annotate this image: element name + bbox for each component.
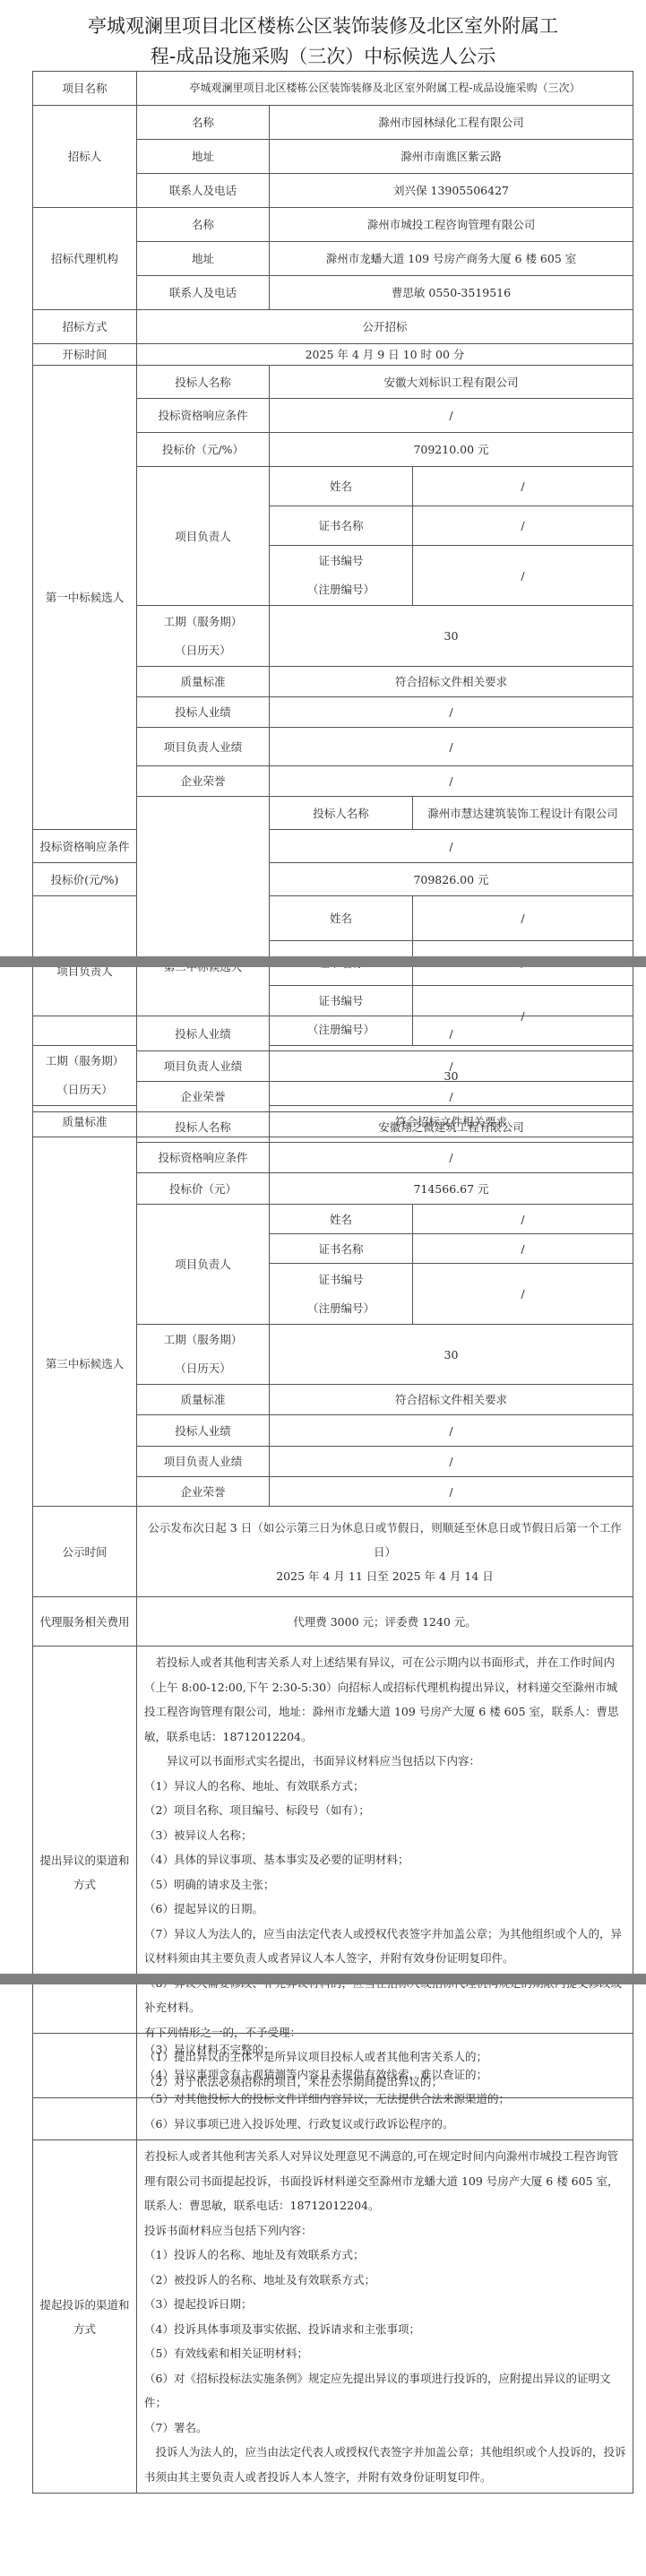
complaint-closing: 投诉人为法人的，应当由法定代表人或授权代表签字并加盖公章；其他组织或个人投诉的，…	[144, 2440, 627, 2489]
row-opening-time: 开标时间 2025 年 4 月 9 日 10 时 00 分	[33, 344, 633, 366]
announcement-table-page-2: 投标人业绩 / 项目负责人业绩 / 企业荣誉 / 第三中标候选人 投标人名称 安…	[32, 1016, 633, 2098]
value-c3-cert-no: /	[413, 1264, 633, 1325]
row-c2-price: 投标价(元/%) 709826.00 元	[33, 863, 633, 896]
value-c1-price: 709210.00 元	[270, 433, 633, 467]
value-fees: 代理费 3000 元；评委费 1240 元。	[137, 1597, 633, 1647]
label-candidate-1: 第一中标候选人	[33, 366, 137, 830]
complaint-item: （5）有效线索和相关证明材料；	[144, 2341, 627, 2366]
value-c2-bidder-name: 滁州市慧达建筑装饰工程设计有限公司	[413, 797, 633, 830]
objection-item: （1）异议人的名称、地址、有效联系方式；	[144, 1774, 627, 1799]
value-c1-period: 30	[270, 606, 633, 667]
value-method: 公开招标	[137, 310, 633, 344]
label-opening-time: 开标时间	[33, 344, 137, 366]
value-c2-price: 709826.00 元	[270, 863, 633, 896]
label-publicity: 公示时间	[33, 1507, 137, 1597]
value-objection: 若投标人或者其他利害关系人对上述结果有异议，可在公示期内以书面形式，并在工作时间…	[137, 1647, 633, 2098]
label-period-line-2: （日历天）	[140, 636, 266, 665]
value-agency-name: 滁州市城投工程咨询管理有限公司	[270, 208, 633, 242]
row-fees: 代理服务相关费用 代理费 3000 元；评委费 1240 元。	[33, 1597, 633, 1647]
value-c3-quality: 符合招标文件相关要求	[270, 1385, 633, 1415]
label-cert-no: 证书编号 （注册编号）	[270, 546, 413, 606]
value-agency-contact: 曹思敏 0550-3519516	[270, 276, 633, 310]
label-period: 工期（服务期） （日历天）	[137, 606, 270, 667]
value-c1-manager-perf: /	[270, 728, 633, 766]
complaint-item: （2）被投诉人的名称、地址及有效联系方式；	[144, 2268, 627, 2293]
label-project-name: 项目名称	[33, 72, 137, 106]
value-c3-bidder-name: 安徽翔之微建筑工程有限公司	[270, 1112, 633, 1143]
value-objection-cont: （3）异议材料不完整的； （4）异议事项含有主观猜测等内容且未提供有效线索、难以…	[137, 2034, 633, 2140]
value-c2-qualification: /	[270, 830, 633, 863]
label-period-line-1: 工期（服务期）	[140, 608, 266, 636]
row-agency-name: 招标代理机构 名称 滁州市城投工程咨询管理有限公司	[33, 208, 633, 242]
label-period: 工期（服务期） （日历天）	[137, 1325, 270, 1385]
row-tenderer-name: 招标人 名称 滁州市园林绿化工程有限公司	[33, 106, 633, 140]
label-cert-no-line-1: 证书编号	[272, 987, 409, 1016]
value-publicity: 公示发布次日起 3 日（如公示第三日为休息日或节假日，则顺延至休息日或节假日后第…	[137, 1507, 633, 1597]
row-objection: 提出异议的渠道和方式 若投标人或者其他利害关系人对上述结果有异议，可在公示期内以…	[33, 1647, 633, 2098]
value-c1-quality: 符合招标文件相关要求	[270, 667, 633, 697]
value-c3-price: 714566.67 元	[270, 1173, 633, 1205]
page-break-1	[0, 956, 646, 967]
label-honor: 企业荣誉	[137, 1082, 270, 1112]
label-cert-no: 证书编号 （注册编号）	[270, 1264, 413, 1325]
label-quality: 质量标准	[137, 667, 270, 697]
label-bidder-perf: 投标人业绩	[137, 697, 270, 728]
label-bidder-perf: 投标人业绩	[137, 1016, 270, 1051]
value-complaint: 若投标人或者其他利害关系人对异议处理意见不满意的,可在规定时间内向滁州市城投工程…	[137, 2140, 633, 2494]
value-c2-manager-perf: /	[270, 1051, 633, 1082]
label-manager-perf: 项目负责人业绩	[137, 728, 270, 766]
row-c2-qualification: 投标资格响应条件 /	[33, 830, 633, 863]
value-tenderer-contact: 刘兴保 13905506427	[270, 174, 633, 208]
complaint-item: （1）投诉人的名称、地址及有效联系方式；	[144, 2243, 627, 2268]
value-c1-bidder-perf: /	[270, 697, 633, 728]
label-period-line-2: （日历天）	[140, 1354, 266, 1383]
value-c1-person-name: /	[413, 467, 633, 506]
page-break-2	[0, 1974, 646, 1984]
label-bidder-name: 投标人名称	[137, 366, 270, 399]
label-candidate-2-cont	[33, 1016, 137, 1112]
label-tenderer-contact: 联系人及电话	[137, 174, 270, 208]
label-cert-name: 证书名称	[270, 506, 413, 546]
label-c3-price: 投标价（元）	[137, 1173, 270, 1205]
complaint-item: （6）对《招标投标法实施条例》规定应先提出异议的事项进行投诉的，应附提出异议的证…	[144, 2366, 627, 2416]
value-c1-bidder-name: 安徽大刘标识工程有限公司	[270, 366, 633, 399]
label-honor: 企业荣誉	[137, 1477, 270, 1507]
label-candidate-3: 第三中标候选人	[33, 1112, 137, 1507]
row-publicity: 公示时间 公示发布次日起 3 日（如公示第三日为休息日或节假日，则顺延至休息日或…	[33, 1507, 633, 1597]
complaint-intro: 若投标人或者其他利害关系人对异议处理意见不满意的,可在规定时间内向滁州市城投工程…	[144, 2144, 627, 2218]
label-c2-price: 投标价(元/%)	[33, 863, 137, 896]
announcement-table-page-1: 项目名称 亭城观澜里项目北区楼栋公区装饰装修及北区室外附属工程-成品设施采购（三…	[32, 71, 633, 1137]
value-c3-cert-name: /	[413, 1234, 633, 1264]
objection-item: （5）明确的请求及主张；	[144, 1872, 627, 1897]
label-objection: 提出异议的渠道和方式	[33, 1647, 137, 2098]
value-c1-honor: /	[270, 766, 633, 797]
objection-content-intro: 异议可以书面形式实名提出，书面异议材料应当包括以下内容：	[144, 1749, 627, 1774]
title-line-1: 亭城观澜里项目北区楼栋公区装饰装修及北区室外附属工	[0, 11, 646, 41]
objection-reject-item: （3）异议材料不完整的；	[144, 2037, 627, 2062]
label-qualification: 投标资格响应条件	[137, 1143, 270, 1173]
value-c3-period: 30	[270, 1325, 633, 1385]
objection-reject-item: （6）异议事项已进入投诉处理、行政复议或行政诉讼程序的。	[144, 2112, 627, 2137]
label-tenderer-address: 地址	[137, 140, 270, 174]
value-c2-bidder-perf: /	[270, 1016, 633, 1051]
value-opening-time: 2025 年 4 月 9 日 10 时 00 分	[137, 344, 633, 366]
row-c1-bidder-name: 第一中标候选人 投标人名称 安徽大刘标识工程有限公司	[33, 366, 633, 399]
label-period-line-1: 工期（服务期）	[140, 1326, 266, 1354]
label-agency-name: 名称	[137, 208, 270, 242]
complaint-item: （7）署名。	[144, 2416, 627, 2441]
label-honor: 企业荣誉	[137, 766, 270, 797]
page-title: 亭城观澜里项目北区楼栋公区装饰装修及北区室外附属工 程-成品设施采购（三次）中标…	[0, 11, 646, 72]
value-c2-honor: /	[270, 1082, 633, 1112]
label-agency: 招标代理机构	[33, 208, 137, 310]
label-objection-cont	[33, 2034, 137, 2140]
label-manager: 项目负责人	[137, 1205, 270, 1325]
label-manager: 项目负责人	[137, 467, 270, 606]
label-tenderer: 招标人	[33, 106, 137, 208]
value-project-name: 亭城观澜里项目北区楼栋公区装饰装修及北区室外附属工程-成品设施采购（三次）	[137, 72, 633, 106]
row-c3-bidder-name: 第三中标候选人 投标人名称 安徽翔之微建筑工程有限公司	[33, 1112, 633, 1143]
objection-intro: 若投标人或者其他利害关系人对上述结果有异议，可在公示期内以书面形式，并在工作时间…	[144, 1650, 627, 1749]
value-tenderer-name: 滁州市园林绿化工程有限公司	[270, 106, 633, 140]
value-c1-cert-name: /	[413, 506, 633, 546]
row-complaint: 提起投诉的渠道和方式 若投标人或者其他利害关系人对异议处理意见不满意的,可在规定…	[33, 2140, 633, 2494]
row-method: 招标方式 公开招标	[33, 310, 633, 344]
objection-item: （7）异议人为法人的，应当由法定代表人或授权代表签字并加盖公章；为其他组织或个人…	[144, 1922, 627, 1971]
objection-reject-item: （4）异议事项含有主观猜测等内容且未提供有效线索、难以查证的；	[144, 2062, 627, 2088]
value-c3-manager-perf: /	[270, 1447, 633, 1477]
value-tenderer-address: 滁州市南谯区紫云路	[270, 140, 633, 174]
publicity-rule: 公示发布次日起 3 日（如公示第三日为休息日或节假日，则顺延至休息日或节假日后第…	[141, 1516, 629, 1564]
publicity-dates: 2025 年 4 月 11 日至 2025 年 4 月 14 日	[141, 1564, 629, 1588]
label-cert-name: 证书名称	[270, 1234, 413, 1264]
label-bidder-name: 投标人名称	[270, 797, 413, 830]
label-bidder-perf: 投标人业绩	[137, 1415, 270, 1447]
label-agency-contact: 联系人及电话	[137, 276, 270, 310]
title-line-2: 程-成品设施采购（三次）中标候选人公示	[0, 41, 646, 72]
row-objection-cont: （3）异议材料不完整的； （4）异议事项含有主观猜测等内容且未提供有效线索、难以…	[33, 2034, 633, 2140]
value-agency-address: 滁州市龙蟠大道 109 号房产商务大厦 6 楼 605 室	[270, 242, 633, 276]
label-manager-perf: 项目负责人业绩	[137, 1447, 270, 1477]
value-c2-person-name: /	[413, 896, 633, 941]
label-complaint: 提起投诉的渠道和方式	[33, 2140, 137, 2494]
announcement-table-page-3: （3）异议材料不完整的； （4）异议事项含有主观猜测等内容且未提供有效线索、难以…	[32, 2033, 633, 2494]
objection-item: （3）被异议人名称；	[144, 1823, 627, 1848]
label-quality: 质量标准	[137, 1385, 270, 1415]
objection-item: （2）项目名称、项目编号、标段号（如有）；	[144, 1798, 627, 1823]
label-cert-no-line-2: （注册编号）	[272, 1294, 409, 1323]
complaint-content-intro: 投诉书面材料应当包括下列内容：	[144, 2218, 627, 2243]
label-qualification: 投标资格响应条件	[137, 399, 270, 433]
value-c1-qualification: /	[270, 399, 633, 433]
label-person-name: 姓名	[270, 1205, 413, 1234]
complaint-item: （4）投诉具体事项及事实依据、投诉请求和主张事项；	[144, 2317, 627, 2342]
label-cert-no-line-1: 证书编号	[272, 1266, 409, 1294]
value-c3-person-name: /	[413, 1205, 633, 1234]
label-cert-no-line-2: （注册编号）	[272, 575, 409, 604]
objection-reject-item: （5）对其他投标人的投标文件详细内容异议，无法提供合法来源渠道的；	[144, 2087, 627, 2112]
label-cert-no-line-1: 证书编号	[272, 547, 409, 575]
label-manager-perf: 项目负责人业绩	[137, 1051, 270, 1082]
label-person-name: 姓名	[270, 896, 413, 941]
label-qualification: 投标资格响应条件	[33, 830, 137, 863]
label-bidder-name: 投标人名称	[137, 1112, 270, 1143]
label-agency-address: 地址	[137, 242, 270, 276]
label-person-name: 姓名	[270, 467, 413, 506]
label-c1-price: 投标价（元/%）	[137, 433, 270, 467]
label-tenderer-name: 名称	[137, 106, 270, 140]
row-c2-bidder-perf: 投标人业绩 /	[33, 1016, 633, 1051]
complaint-item: （3）提起投诉日期；	[144, 2292, 627, 2317]
label-fees: 代理服务相关费用	[33, 1597, 137, 1647]
value-c3-honor: /	[270, 1477, 633, 1507]
label-method: 招标方式	[33, 310, 137, 344]
objection-item: （4）具体的异议事项、基本事实及必要的证明材料；	[144, 1847, 627, 1872]
value-c3-qualification: /	[270, 1143, 633, 1173]
value-c1-cert-no: /	[413, 546, 633, 606]
value-c3-bidder-perf: /	[270, 1415, 633, 1447]
row-project-name: 项目名称 亭城观澜里项目北区楼栋公区装饰装修及北区室外附属工程-成品设施采购（三…	[33, 72, 633, 106]
objection-item: （6）提起异议的日期。	[144, 1897, 627, 1922]
row-c2-manager-name: 项目负责人 姓名 /	[33, 896, 633, 941]
